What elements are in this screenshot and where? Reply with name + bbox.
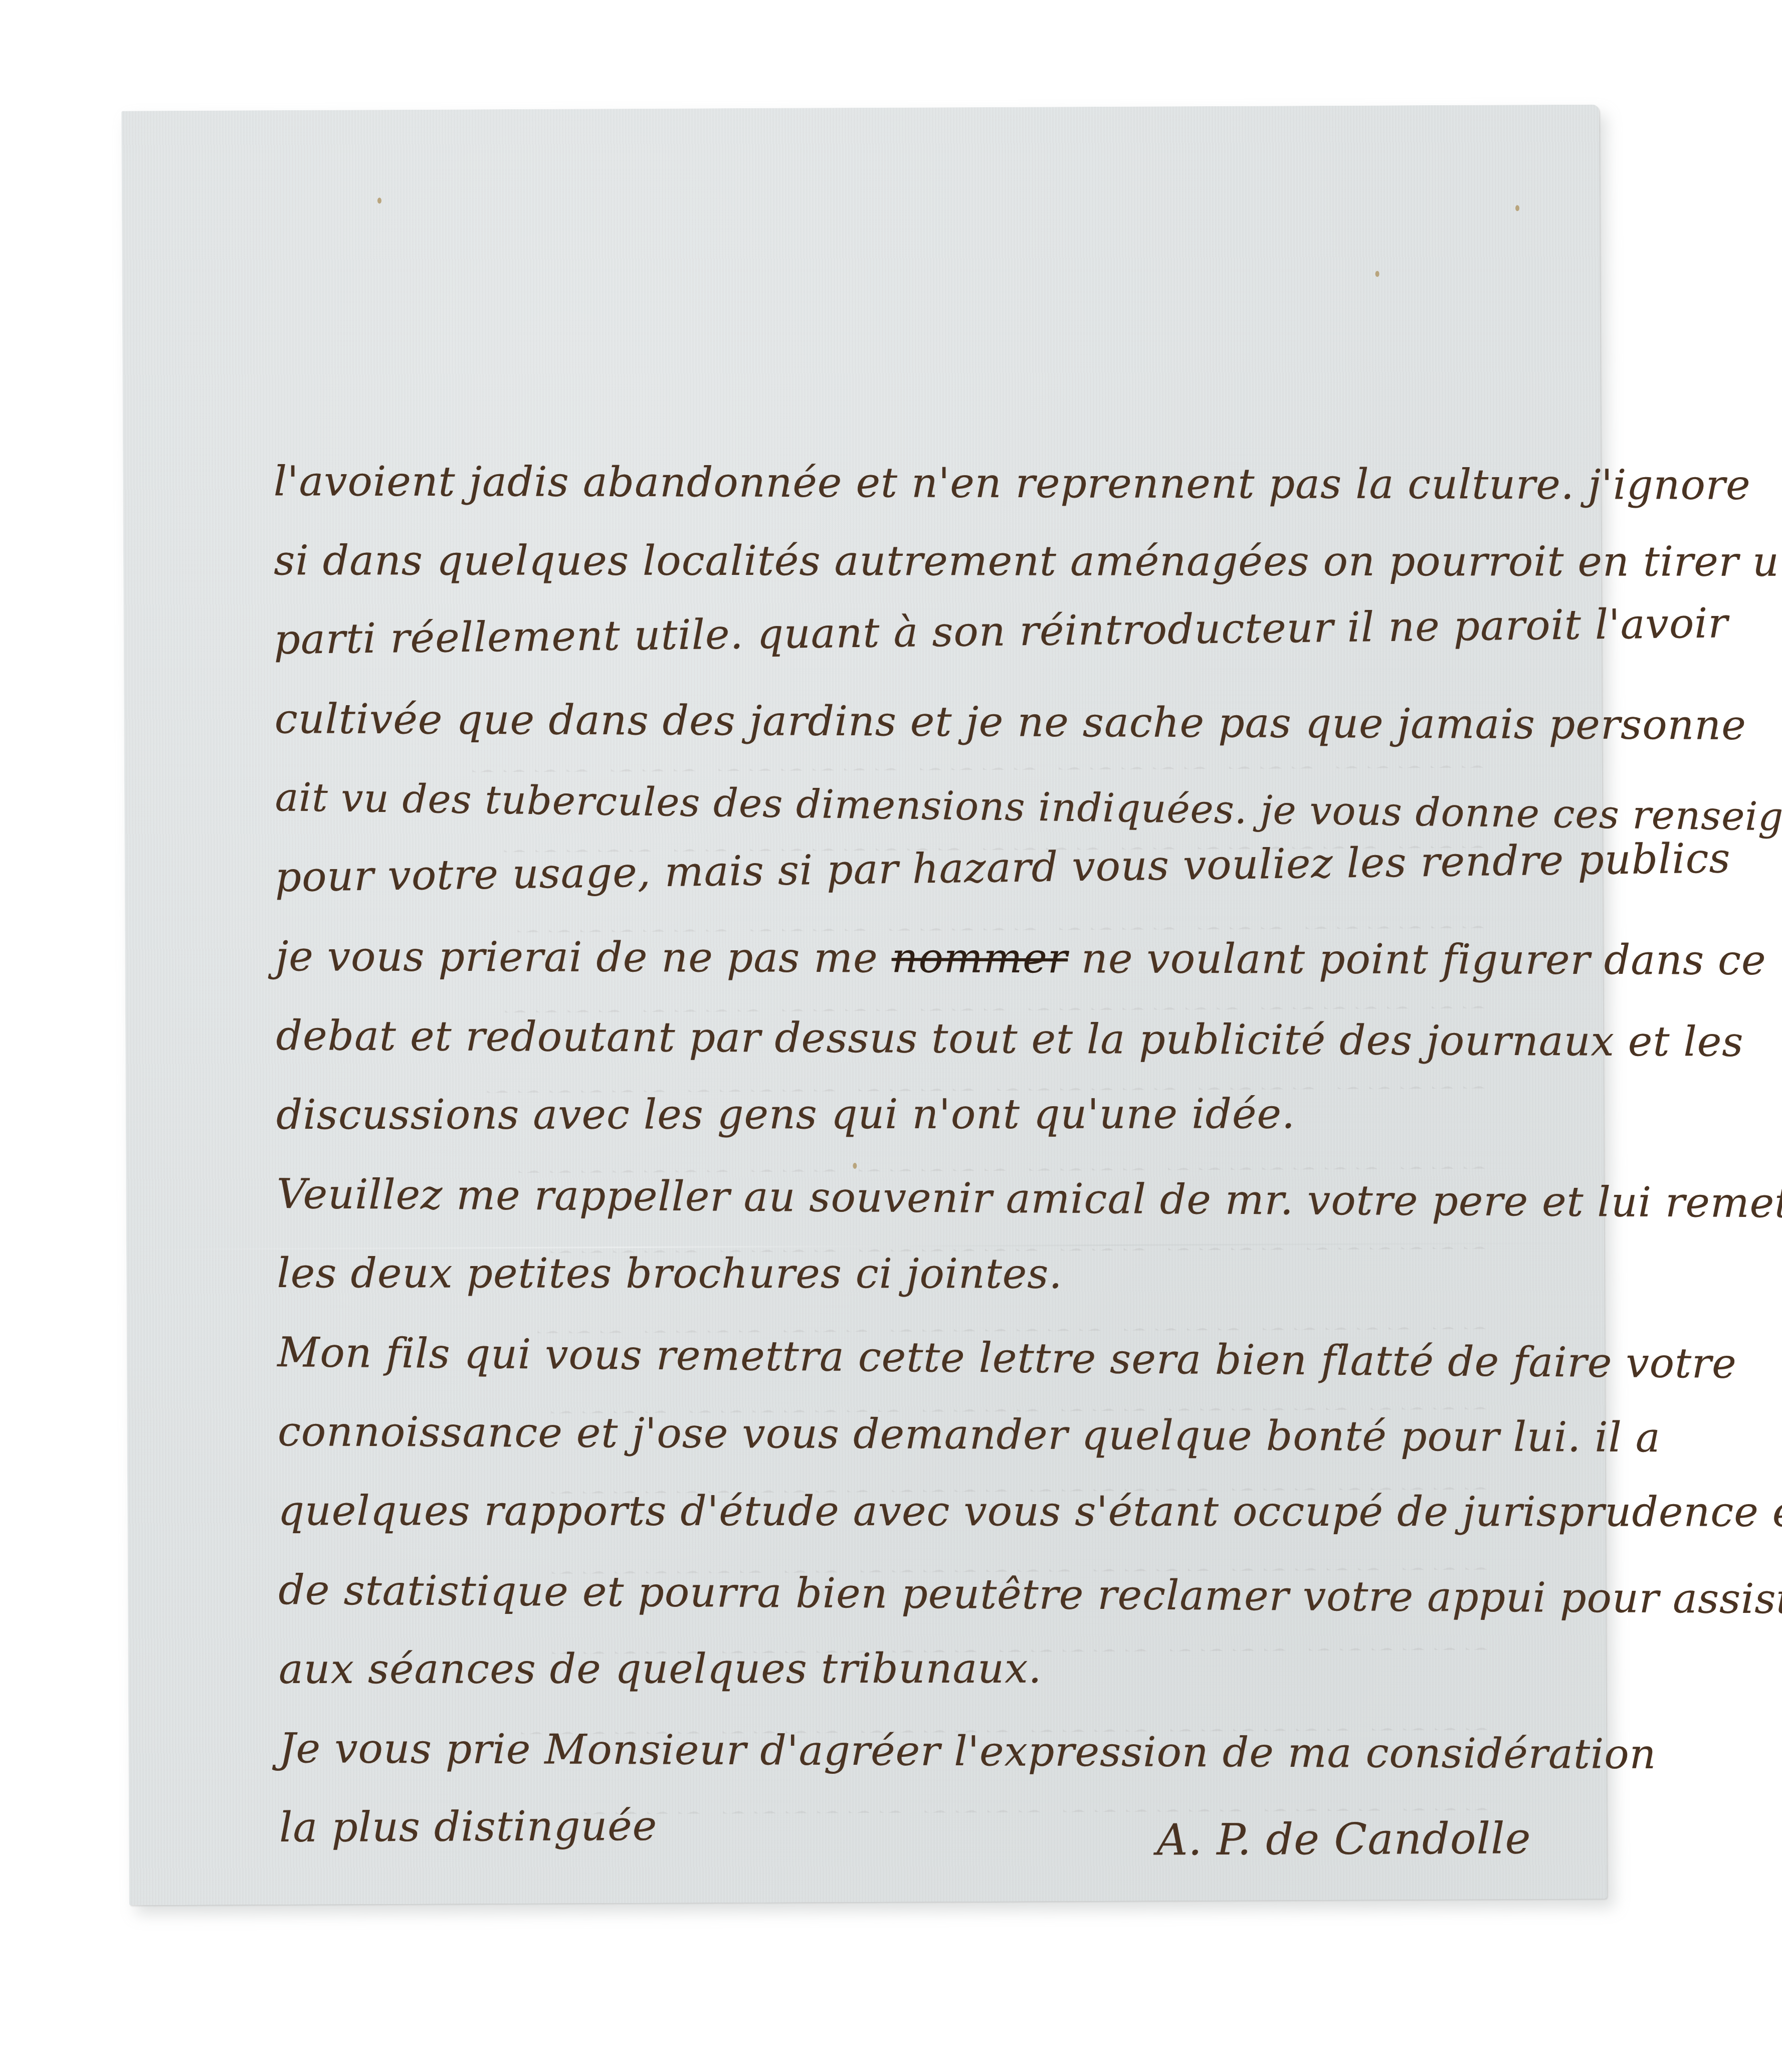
- letter-line: l'avoient jadis abandonnée et n'en repre…: [273, 461, 1602, 544]
- line-part: je vous prierai de ne pas me: [276, 933, 892, 982]
- letter-line: cultivée que dans des jardins et je ne s…: [274, 699, 1603, 784]
- letter-line: parti réellement utile. quant à son réin…: [274, 604, 1603, 699]
- signature: A. P. de Candolle: [1156, 1817, 1531, 1861]
- letter-line: pour votre usage, mais si par hazard vou…: [275, 840, 1604, 936]
- letter-line: je vous prierai de ne pas me nommer ne v…: [276, 936, 1604, 1019]
- letter-line: Veuillez me rappeller au souvenir amical…: [276, 1174, 1605, 1261]
- letter-line: quelques rapports d'étude avec vous s'ét…: [278, 1491, 1606, 1571]
- line-part: ne voulant point figurer dans ce: [1068, 935, 1766, 984]
- letter-line: de statistique et pourra bien peutêtre r…: [278, 1570, 1607, 1657]
- foxing-speck: [377, 197, 381, 203]
- foxing-speck: [1375, 271, 1379, 277]
- letter-line: aux séances de quelques tribunaux.: [279, 1648, 1607, 1728]
- letter-line: connoissance et j'ose vous demander quel…: [278, 1411, 1607, 1497]
- letter-line: debat et redoutant par dessus tout et la…: [276, 1015, 1605, 1101]
- closing-line: Je vous prie Monsieur d'agréer l'express…: [279, 1728, 1608, 1813]
- letter-body: l'avoient jadis abandonnée et n'en repre…: [273, 456, 1608, 1887]
- letter-sheet: ~~~~~ ~~~ ~~~~~ ~~~~ ~~~~~~ ~~~ ~~~~ ~~~…: [121, 105, 1607, 1906]
- paper-foxing-specks: [121, 105, 1599, 111]
- foxing-speck: [1515, 205, 1519, 211]
- letter-line: les deux petites brochures ci jointes.: [277, 1253, 1605, 1333]
- closing-line: la plus distinguée: [279, 1802, 657, 1851]
- letter-line: discussions avec les gens qui n'ont qu'u…: [276, 1094, 1605, 1174]
- closing-line-wrapper: la plus distinguée A. P. de Candolle: [279, 1802, 1608, 1887]
- struck-word: nommer: [892, 934, 1068, 982]
